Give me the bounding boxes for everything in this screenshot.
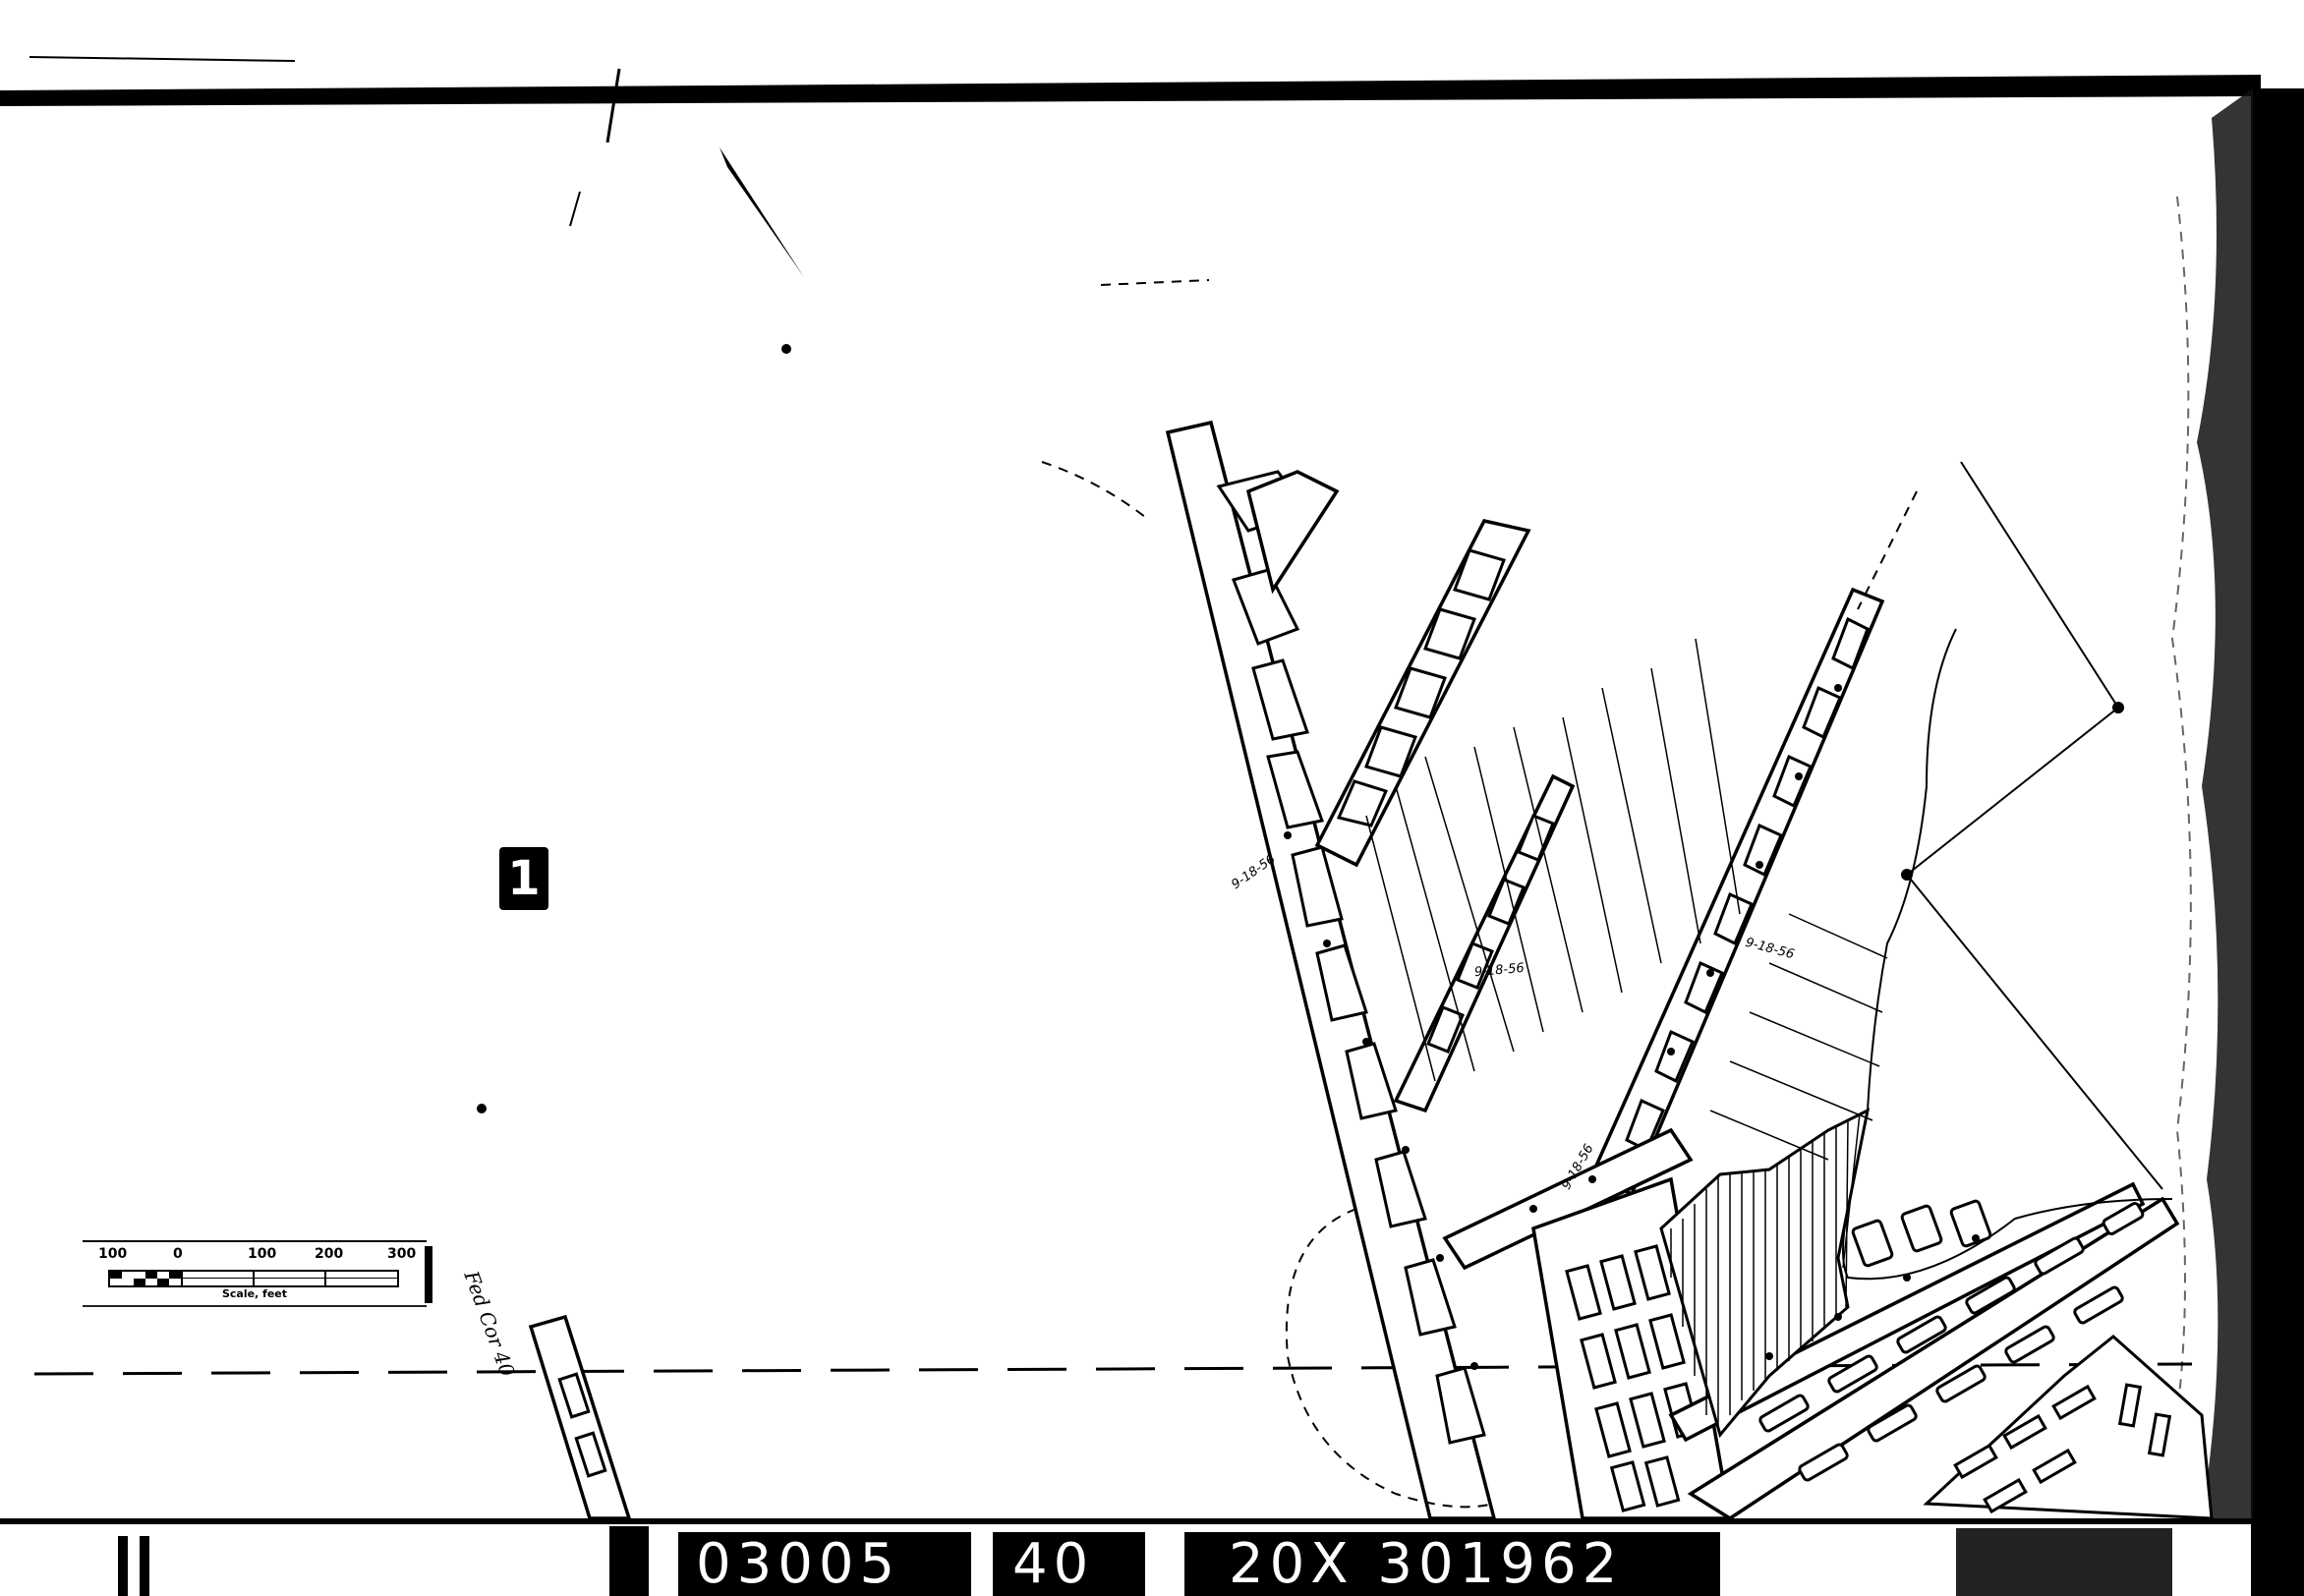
film-reduction-id: 20X 301962	[1184, 1532, 1720, 1596]
sheet-number-badge: 1	[499, 847, 548, 910]
film-reel-number: 03005	[678, 1532, 971, 1596]
stray-marks	[477, 147, 1209, 1113]
scale-endcap	[425, 1246, 432, 1303]
scale-bar: 100 0 100 200 300 Scale, feet	[83, 1240, 427, 1307]
map-sheet: 1 100 0 100 200 300 Scale, feet 9-18-56 …	[0, 0, 2304, 1596]
scale-graduations	[108, 1270, 399, 1287]
scale-tick: 300	[387, 1246, 416, 1262]
top-border	[0, 57, 2261, 142]
map-drawing	[0, 0, 2304, 1596]
street-network	[531, 423, 2212, 1518]
scale-tick: 100	[248, 1246, 276, 1262]
right-border	[2167, 88, 2304, 1518]
scale-tick: 0	[173, 1246, 183, 1262]
scale-tick: 200	[315, 1246, 343, 1262]
film-strip: 03005 40 20X 301962	[0, 1518, 2304, 1596]
scale-caption: Scale, feet	[83, 1287, 427, 1300]
scale-tick: 100	[98, 1246, 127, 1262]
film-frame-number: 40	[993, 1532, 1145, 1596]
